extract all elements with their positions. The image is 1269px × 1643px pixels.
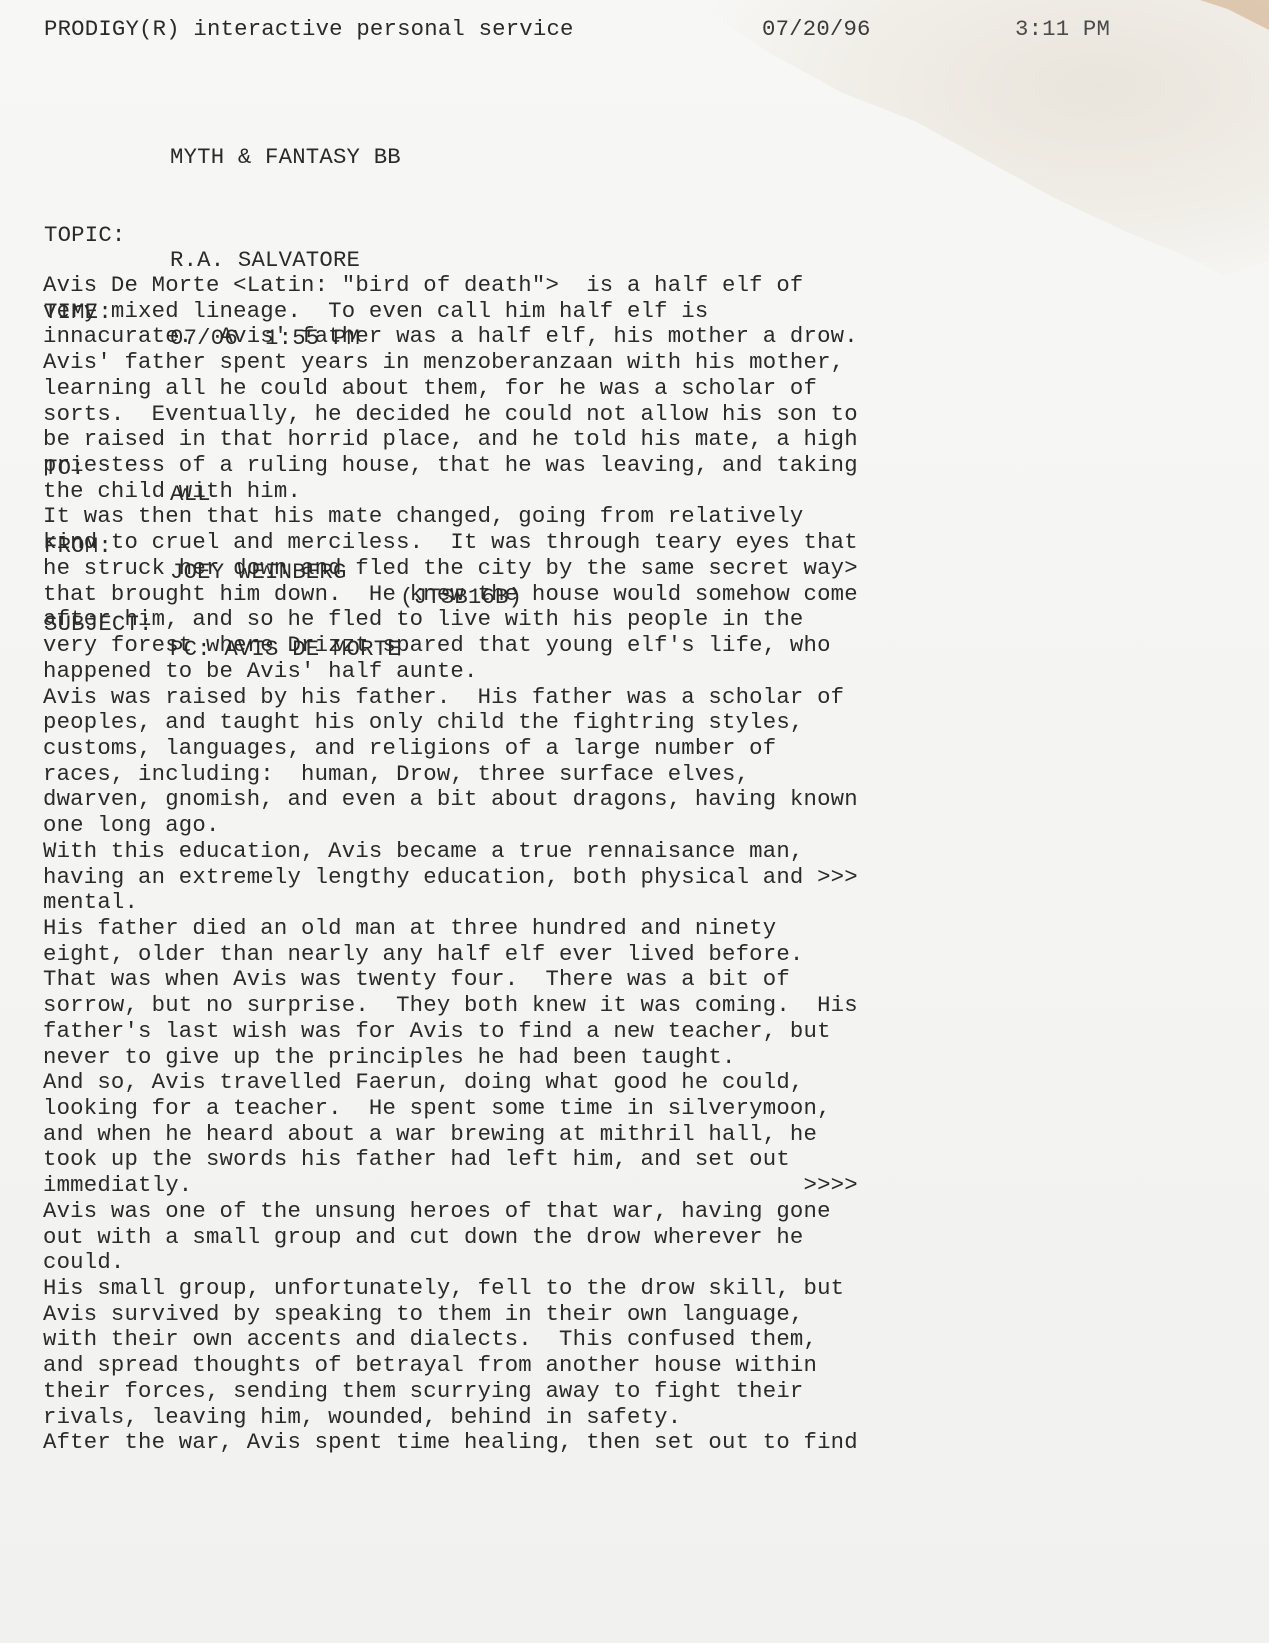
body-line: happened to be Avis' half aunte. <box>43 659 943 685</box>
body-line: their forces, sending them scurrying awa… <box>43 1379 943 1405</box>
body-line: having an extremely lengthy education, b… <box>43 865 943 891</box>
body-line: kind to cruel and merciless. It was thro… <box>43 530 943 556</box>
body-line: looking for a teacher. He spent some tim… <box>43 1096 943 1122</box>
body-line: His small group, unfortunately, fell to … <box>43 1276 943 1302</box>
topic-label: TOPIC: <box>44 223 169 249</box>
print-time: 3:11 PM <box>1015 16 1110 42</box>
body-line: After the war, Avis spent time healing, … <box>43 1430 943 1456</box>
board-name: MYTH & FANTASY BB <box>170 145 401 171</box>
body-line: peoples, and taught his only child the f… <box>43 710 943 736</box>
body-line: after him, and so he fled to live with h… <box>43 607 943 633</box>
print-header: PRODIGY(R) interactive personal service … <box>44 16 1244 44</box>
message-body: Avis De Morte <Latin: "bird of death"> i… <box>43 273 943 1456</box>
topic-value: R.A. SALVATORE <box>170 248 360 274</box>
body-line: never to give up the principles he had b… <box>43 1045 943 1071</box>
body-line: Avis was raised by his father. His fathe… <box>43 685 943 711</box>
body-line: very forest where Drizzt spared that you… <box>43 633 943 659</box>
body-line: with their own accents and dialects. Thi… <box>43 1327 943 1353</box>
body-line: very mixed lineage. To even call him hal… <box>43 299 943 325</box>
body-line: Avis' father spent years in menzoberanza… <box>43 350 943 376</box>
body-line: sorts. Eventually, he decided he could n… <box>43 402 943 428</box>
body-line: and when he heard about a war brewing at… <box>43 1122 943 1148</box>
body-line: and spread thoughts of betrayal from ano… <box>43 1353 943 1379</box>
body-line: out with a small group and cut down the … <box>43 1225 943 1251</box>
body-line: With this education, Avis became a true … <box>43 839 943 865</box>
body-line: His father died an old man at three hund… <box>43 916 943 942</box>
body-line: that brought him down. He knew the house… <box>43 582 943 608</box>
body-line: immediatly. >>>> <box>43 1173 943 1199</box>
body-line: And so, Avis travelled Faerun, doing wha… <box>43 1070 943 1096</box>
body-line: Avis was one of the unsung heroes of tha… <box>43 1199 943 1225</box>
body-line: innacurate. Avis' father was a half elf,… <box>43 324 943 350</box>
body-line: the child with him. <box>43 479 943 505</box>
body-line: be raised in that horrid place, and he t… <box>43 427 943 453</box>
body-line: Avis survived by speaking to them in the… <box>43 1302 943 1328</box>
body-line: races, including: human, Drow, three sur… <box>43 762 943 788</box>
service-name: PRODIGY(R) interactive personal service <box>44 16 574 42</box>
body-line: rivals, leaving him, wounded, behind in … <box>43 1405 943 1431</box>
body-line: father's last wish was for Avis to find … <box>43 1019 943 1045</box>
body-line: eight, older than nearly any half elf ev… <box>43 942 943 968</box>
body-line: could. <box>43 1250 943 1276</box>
body-line: It was then that his mate changed, going… <box>43 504 943 530</box>
body-line: Avis De Morte <Latin: "bird of death"> i… <box>43 273 943 299</box>
body-line: he struck her down and fled the city by … <box>43 556 943 582</box>
body-line: priestess of a ruling house, that he was… <box>43 453 943 479</box>
board-row: MYTH & FANTASY BB <box>44 119 125 145</box>
printed-page: PRODIGY(R) interactive personal service … <box>0 0 1269 1643</box>
body-line: learning all he could about them, for he… <box>43 376 943 402</box>
body-line: took up the swords his father had left h… <box>43 1147 943 1173</box>
body-line: customs, languages, and religions of a l… <box>43 736 943 762</box>
body-line: one long ago. <box>43 813 943 839</box>
topic-row: TOPIC: R.A. SALVATORE <box>44 197 125 223</box>
body-line: sorrow, but no surprise. They both knew … <box>43 993 943 1019</box>
body-line: mental. <box>43 890 943 916</box>
body-line: dwarven, gnomish, and even a bit about d… <box>43 787 943 813</box>
body-line: That was when Avis was twenty four. Ther… <box>43 967 943 993</box>
print-date: 07/20/96 <box>762 16 871 42</box>
